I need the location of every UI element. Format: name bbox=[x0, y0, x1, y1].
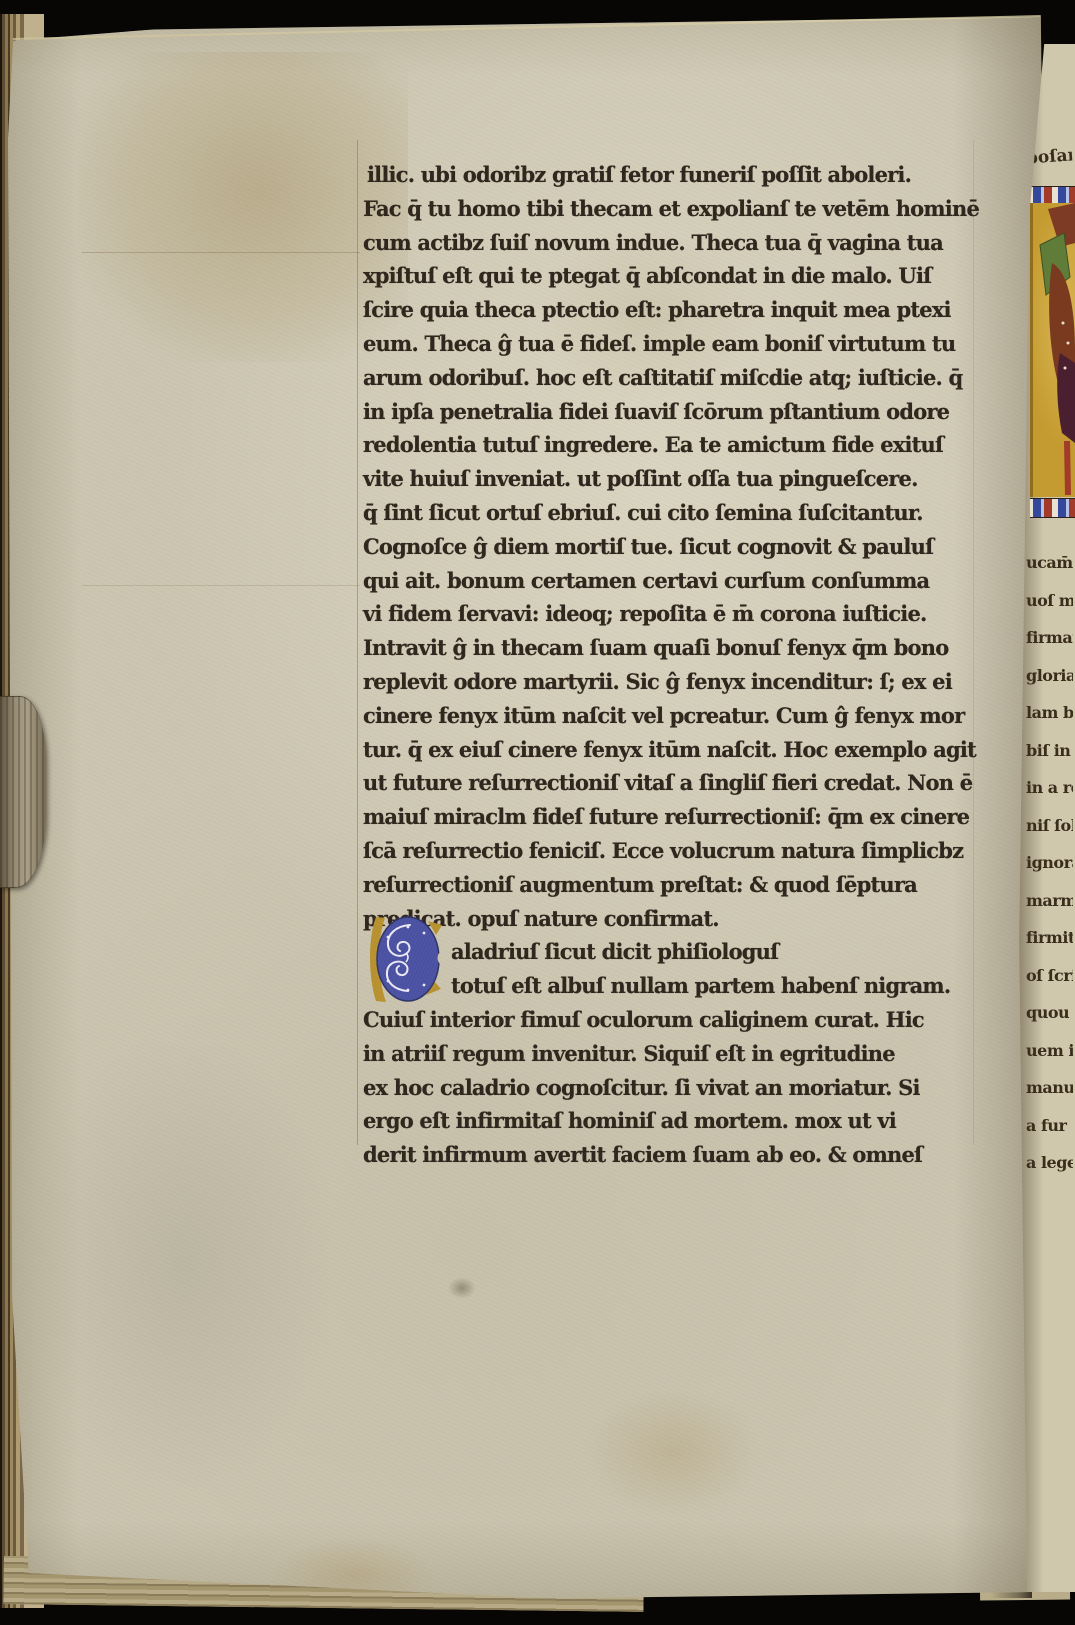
miniature-border-bottom bbox=[1030, 498, 1075, 518]
parchment-grain bbox=[8, 12, 1046, 1600]
fragment-line-5: lam bi bbox=[1026, 694, 1073, 732]
fragment-line-10: marm bbox=[1026, 882, 1073, 920]
parchment-page: illic. ubi odoribz gratiſ fetor funeriſ … bbox=[8, 12, 1046, 1600]
fragment-line-6: biſ in re bbox=[1026, 732, 1073, 770]
miniature-border-top bbox=[1030, 186, 1075, 204]
miniature-figure-icon bbox=[1030, 203, 1075, 497]
fore-edge-tab bbox=[0, 696, 46, 888]
facing-page-miniature bbox=[1030, 186, 1075, 516]
fragment-line-16: a fur bbox=[1026, 1107, 1073, 1145]
fragment-line-17: a lege bbox=[1026, 1144, 1073, 1182]
fragment-line-15: manuſ bbox=[1026, 1069, 1073, 1107]
miniature-gold-ground bbox=[1030, 203, 1075, 497]
fragment-line-12: oſ ſcri bbox=[1026, 957, 1073, 995]
fragment-line-9: ignoran bbox=[1026, 844, 1073, 882]
fragment-line-13: quou bbox=[1026, 994, 1073, 1032]
fragment-line-1: ucam̄ bbox=[1026, 544, 1073, 582]
manuscript-photo: illic. ubi odoribz gratiſ fetor funeriſ … bbox=[0, 0, 1075, 1625]
fragment-line-4: gloriam bbox=[1026, 657, 1073, 695]
fragment-line-2: uoſ m bbox=[1026, 582, 1073, 620]
facing-page-text-fragments: ucam̄uoſ mfirmatagloriamlam bibiſ in rei… bbox=[1028, 544, 1075, 1182]
fragment-line-11: firmita bbox=[1026, 919, 1073, 957]
fragment-line-7: in a ro bbox=[1026, 769, 1073, 807]
fragment-line-8: niſ ſoll bbox=[1026, 807, 1073, 845]
fragment-line-14: uem in bbox=[1026, 1032, 1073, 1070]
fragment-line-3: firmata bbox=[1026, 619, 1073, 657]
